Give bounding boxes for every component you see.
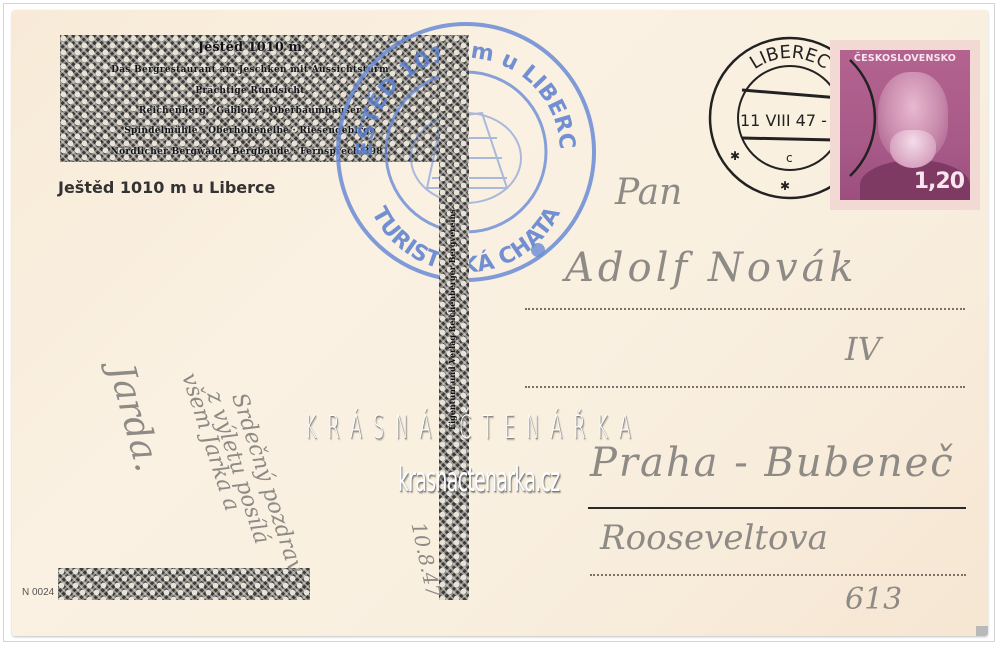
address-line-4 — [590, 574, 966, 576]
vertical-bar-text: Eigentum und Verlag Reichenberger Bergve… — [447, 60, 461, 580]
svg-text:✱: ✱ — [730, 149, 740, 163]
svg-text:c: c — [786, 151, 793, 165]
postage-stamp: ČESKOSLOVENSKO 1,20 — [830, 40, 980, 210]
svg-text:✱: ✱ — [780, 179, 790, 193]
address-number: 613 — [845, 582, 902, 617]
header-line: Reichenberg · Gablonz · Oberbaumhäuser — [139, 106, 361, 116]
watermark-url: krasnactenarka.cz — [398, 460, 560, 500]
catalog-number: N 0024 — [22, 587, 54, 598]
address-salutation: Pan — [615, 172, 682, 213]
address-line2: IV — [845, 330, 881, 368]
address-name: Adolf Novák — [565, 245, 858, 291]
stamp-country: ČESKOSLOVENSKO — [840, 53, 970, 64]
address-line-3 — [588, 507, 966, 509]
address-line-1 — [525, 308, 965, 310]
portrait-beard — [890, 130, 936, 168]
place-caption: Ještěd 1010 m u Liberce — [58, 178, 275, 197]
header-line: Prächtige Rundsicht — [195, 86, 304, 96]
header-title: Ještěd 1010 m — [198, 40, 302, 55]
address-line-2 — [525, 386, 965, 388]
stamp-value: 1,20 — [914, 169, 964, 194]
svg-text:LIBEREC: LIBEREC — [746, 42, 833, 74]
ornamental-bottom-bar — [58, 568, 310, 600]
watermark-title: KRÁSNÁ ČTENÁŘKA — [305, 408, 525, 446]
address-city: Praha - Bubeneč — [590, 440, 955, 486]
address-street: Rooseveltova — [600, 518, 828, 558]
